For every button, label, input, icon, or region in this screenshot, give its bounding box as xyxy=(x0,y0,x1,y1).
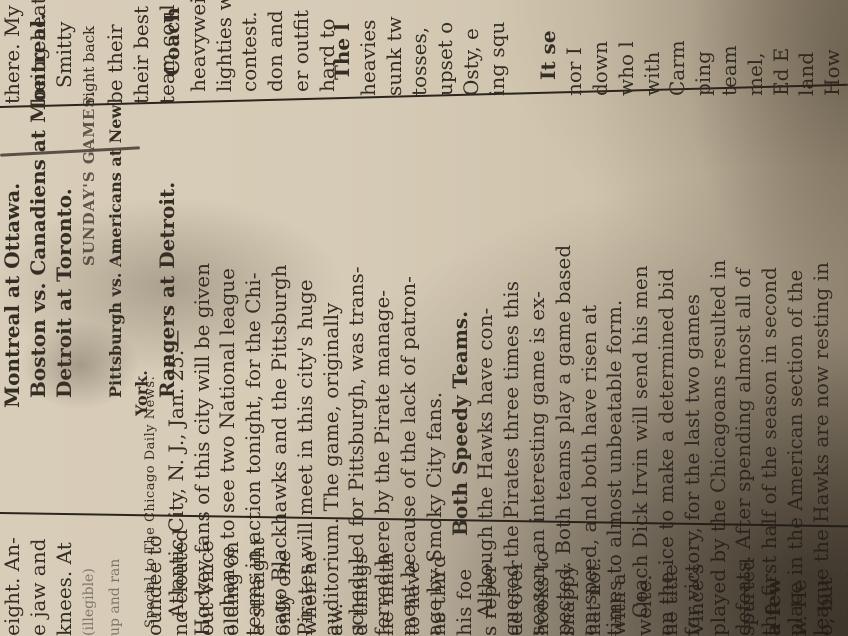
newspaper-photo: there. My being beat Smitty right back b… xyxy=(0,0,848,636)
boxing-column-fragment: eight. An- e jaw and knees. At (illegibl… xyxy=(0,537,129,636)
schedule-subhead: SUNDAY'S GAMES. xyxy=(80,90,98,416)
boxing-column-fragment-cont: oundee to nd clouted out Vince olding on… xyxy=(142,529,848,636)
right-column-fragment: The l heavies sunk tw tosses, upset o Os… xyxy=(330,16,846,96)
top-right-column-fragment: Coach heavywei lighties w contest. don a… xyxy=(160,0,341,92)
